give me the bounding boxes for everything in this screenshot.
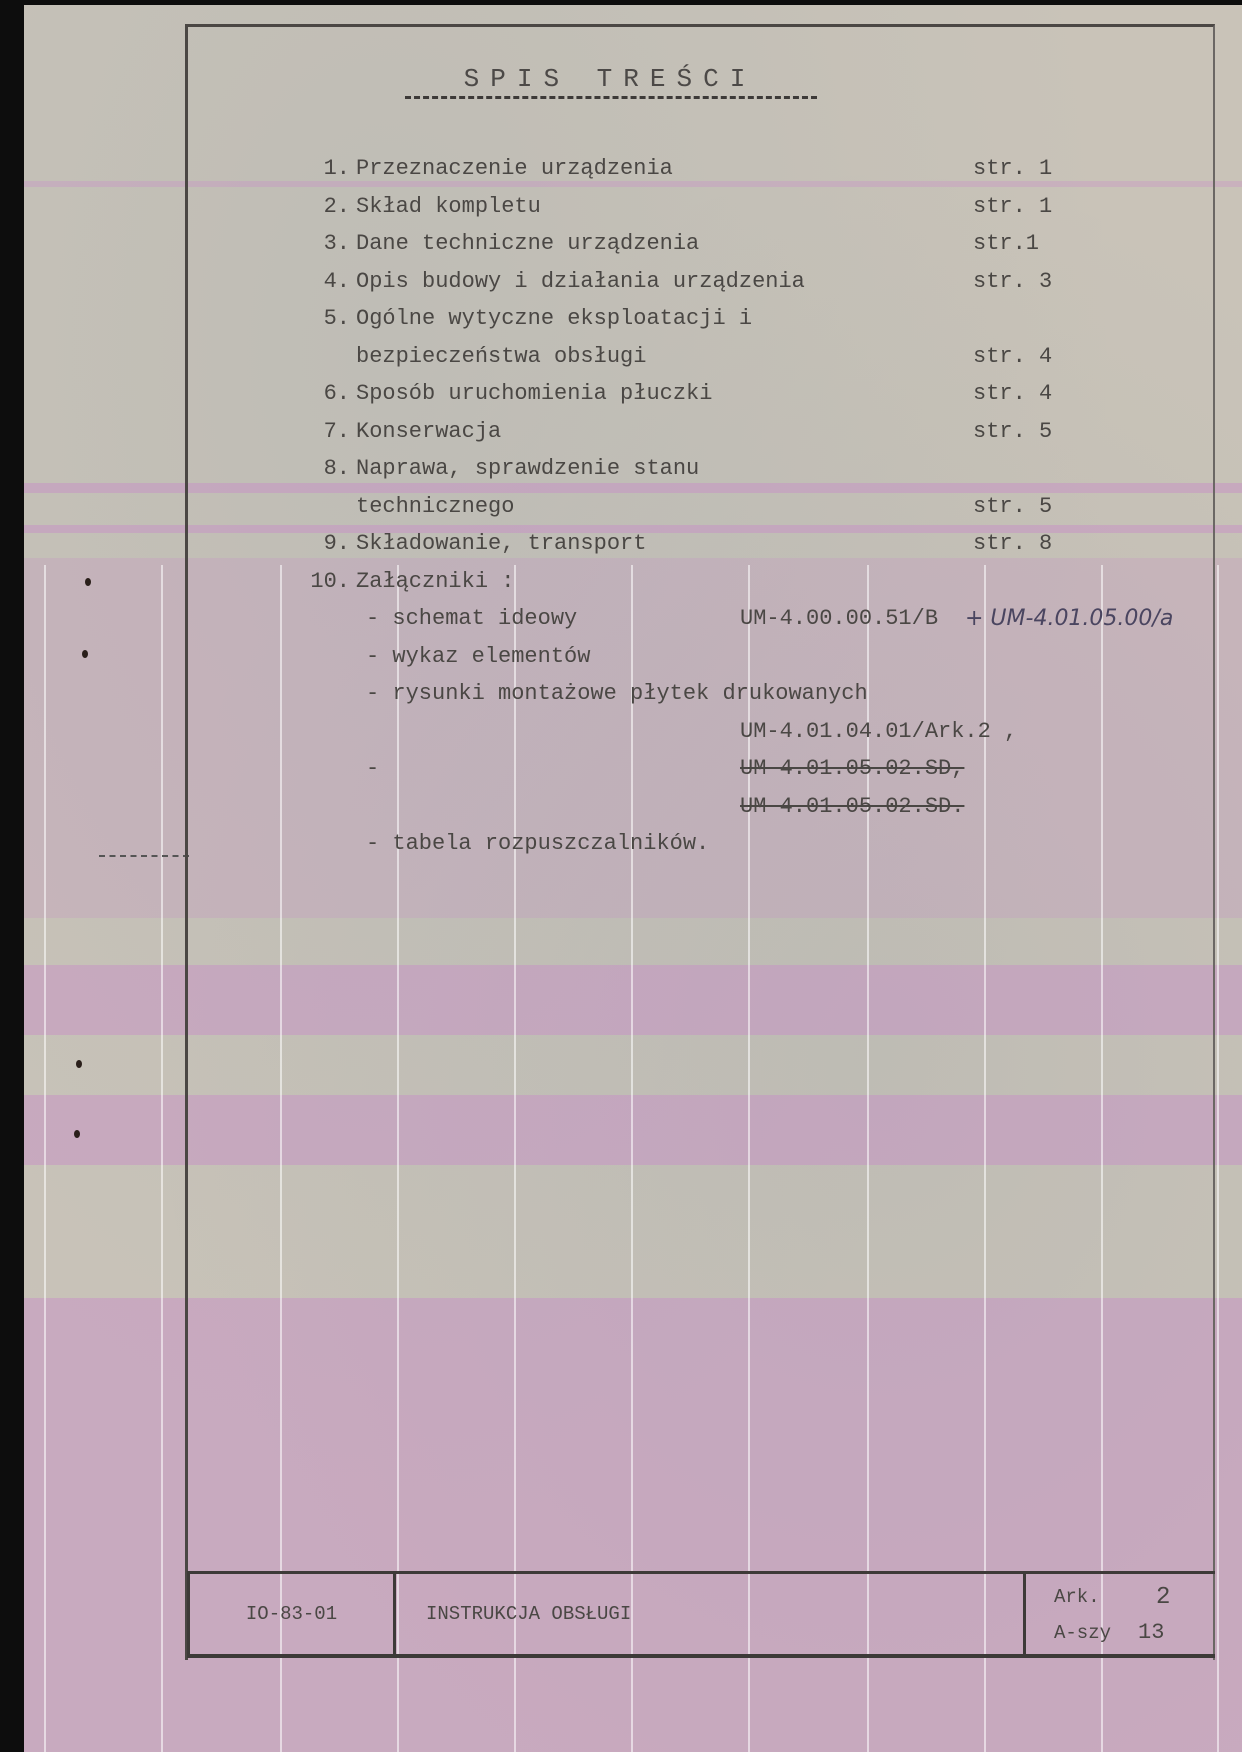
toc-label: Przeznaczenie urządzenia — [356, 150, 673, 188]
toc-number: 5. — [300, 300, 350, 338]
scan-line — [44, 565, 46, 1752]
title-block: IO-83-01 INSTRUKCJA OBSŁUGI Ark. 2 A-szy… — [187, 1571, 1215, 1658]
table-of-contents: 1.Przeznaczenie urządzeniastr. 1 2.Skład… — [300, 150, 1080, 863]
punch-hole — [74, 1130, 80, 1138]
toc-number: 10. — [300, 563, 350, 601]
attachment-entry: - schemat ideowyUM-4.00.00.51/B+ UM-4.01… — [300, 600, 1080, 638]
attachment-label: - — [366, 750, 379, 788]
toc-page: str.1 — [973, 225, 1039, 263]
punch-hole — [82, 650, 88, 658]
toc-page: str. 4 — [973, 338, 1052, 376]
title-underline — [405, 96, 817, 99]
attachment-label: - tabela rozpuszczalników. — [366, 825, 709, 863]
toc-page: str. 1 — [973, 150, 1052, 188]
sheet-info: Ark. 2 A-szy 13 — [1026, 1574, 1215, 1654]
toc-entry: 1.Przeznaczenie urządzeniastr. 1 — [300, 150, 1080, 188]
attachment-ref-struck: UM-4.01.05.02.SD. — [740, 788, 964, 826]
toc-label: Dane techniczne urządzenia — [356, 225, 699, 263]
toc-label: Ogólne wytyczne eksploatacji i — [356, 300, 752, 338]
scan-line — [161, 565, 163, 1752]
toc-number: 1. — [300, 150, 350, 188]
attachment-label: - rysunki montażowe płytek drukowanych — [366, 675, 868, 713]
attachment-ref: UM-4.01.04.01/Ark.2 , — [740, 713, 1017, 751]
sheets-total: 13 — [1138, 1620, 1164, 1645]
attachment-entry: - rysunki montażowe płytek drukowanych — [300, 675, 1080, 713]
punch-hole — [76, 1060, 82, 1068]
sheet-label: Ark. — [1054, 1586, 1100, 1608]
attachment-entry: UM-4.01.04.01/Ark.2 , — [300, 713, 1080, 751]
sheets-total-label: A-szy — [1054, 1622, 1111, 1644]
toc-label: Konserwacja — [356, 413, 501, 451]
toc-number: 9. — [300, 525, 350, 563]
toc-page: str. 1 — [973, 188, 1052, 226]
toc-page: str. 3 — [973, 263, 1052, 301]
attachment-label: - schemat ideowy — [366, 600, 577, 638]
attachment-entry: -UM-4.01.05.02.SD, — [300, 750, 1080, 788]
toc-entry: bezpieczeństwa obsługistr. 4 — [300, 338, 1080, 376]
attachment-ref: UM-4.00.00.51/B — [740, 600, 938, 638]
sheet-number: 2 — [1156, 1584, 1170, 1611]
handwritten-note: + UM-4.01.05.00/a — [965, 600, 1173, 638]
punch-hole — [85, 578, 91, 586]
toc-label: Naprawa, sprawdzenie stanu — [356, 450, 699, 488]
toc-page: str. 4 — [973, 375, 1052, 413]
toc-label: technicznego — [356, 488, 514, 526]
doc-code: IO-83-01 — [190, 1574, 396, 1654]
toc-page: str. 5 — [973, 413, 1052, 451]
attachment-entry: UM-4.01.05.02.SD. — [300, 788, 1080, 826]
attachment-entry: - tabela rozpuszczalników. — [300, 825, 1080, 863]
toc-entry: 8.Naprawa, sprawdzenie stanu — [300, 450, 1080, 488]
toc-entry: 9.Składowanie, transportstr. 8 — [300, 525, 1080, 563]
toc-number: 8. — [300, 450, 350, 488]
toc-entry: 7.Konserwacjastr. 5 — [300, 413, 1080, 451]
toc-entry: 6.Sposób uruchomienia płuczkistr. 4 — [300, 375, 1080, 413]
toc-number: 2. — [300, 188, 350, 226]
scan-line — [1217, 565, 1219, 1752]
toc-number: 7. — [300, 413, 350, 451]
toc-page: str. 5 — [973, 488, 1052, 526]
toc-label: Składowanie, transport — [356, 525, 646, 563]
toc-entry: technicznegostr. 5 — [300, 488, 1080, 526]
attachment-entry: - wykaz elementów — [300, 638, 1080, 676]
toc-number: 3. — [300, 225, 350, 263]
attachment-ref-struck: UM-4.01.05.02.SD, — [740, 750, 964, 788]
toc-entry: 2.Skład kompletustr. 1 — [300, 188, 1080, 226]
doc-title: INSTRUKCJA OBSŁUGI — [396, 1574, 1026, 1654]
toc-label: Załączniki : — [356, 563, 514, 601]
toc-number: 6. — [300, 375, 350, 413]
toc-entry: 10.Załączniki : — [300, 563, 1080, 601]
toc-entry: 4.Opis budowy i działania urządzeniastr.… — [300, 263, 1080, 301]
toc-page: str. 8 — [973, 525, 1052, 563]
toc-entry: 3.Dane techniczne urządzeniastr.1 — [300, 225, 1080, 263]
toc-entry: 5.Ogólne wytyczne eksploatacji i — [300, 300, 1080, 338]
toc-label: Opis budowy i działania urządzenia — [356, 263, 805, 301]
page-title: SPIS TREŚCI — [400, 64, 820, 94]
toc-label: Skład kompletu — [356, 188, 541, 226]
toc-label: Sposób uruchomienia płuczki — [356, 375, 712, 413]
attachment-label: - wykaz elementów — [366, 638, 590, 676]
toc-label: bezpieczeństwa obsługi — [356, 338, 646, 376]
margin-mark — [99, 855, 189, 857]
toc-number: 4. — [300, 263, 350, 301]
